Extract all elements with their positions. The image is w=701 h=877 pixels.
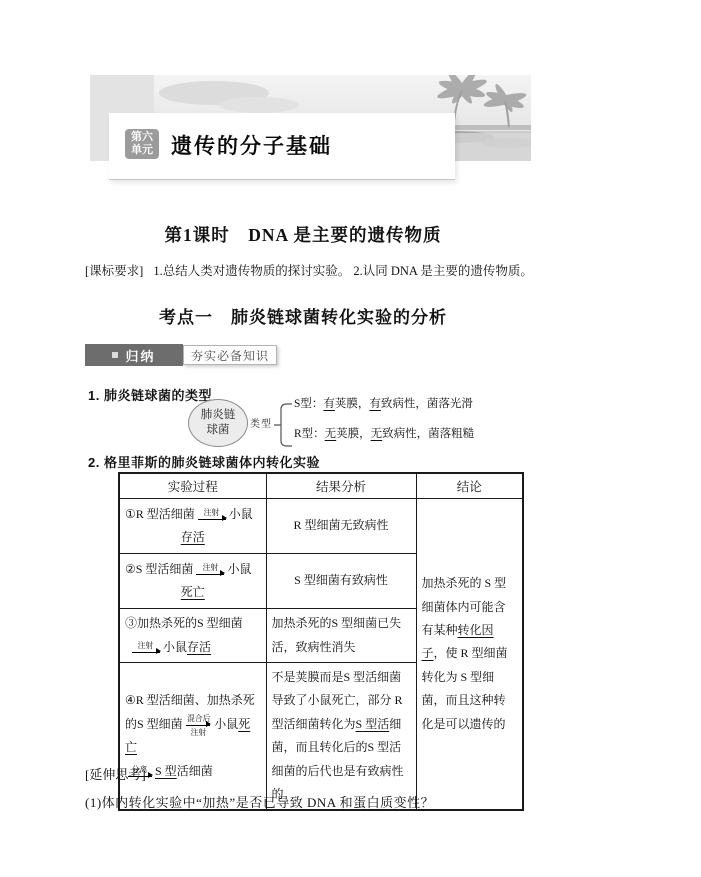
col-header-conclusion: 结论 <box>416 473 523 499</box>
table-row: ①R 型活细菌注射小鼠 存活 R 型细菌无致病性 加热杀死的 S 型细菌体内可能… <box>119 499 523 554</box>
pneumococcus-type-diagram: 肺炎链 球菌 类型 S型：有荚膜，有致病性，菌落光滑 R型：无荚膜，无致病性，菌… <box>188 394 528 456</box>
row2-outcome: 死亡 <box>181 585 205 599</box>
unit-badge-line1: 第六 <box>131 131 153 144</box>
row3-outcome: 存活 <box>187 640 211 654</box>
process-cell-2: ②S 型活细菌注射小鼠 死亡 <box>119 554 266 609</box>
row4-stype-rest: 活细菌 <box>177 764 213 778</box>
square-bullet-icon <box>112 352 118 358</box>
extended-thinking-label: [延伸思考] <box>85 764 146 783</box>
col-header-result: 结果分析 <box>266 473 416 499</box>
banner-title-card: 第六 单元 遗传的分子基础 <box>109 113 455 180</box>
tab-hangshi: 夯实必备知识 <box>183 345 277 365</box>
row2-mouse: 小鼠 <box>227 562 251 576</box>
arrow-label: 注射 <box>203 563 219 571</box>
injection-arrow-icon: 注射 <box>198 508 226 522</box>
process-cell-4: ④R 型活细菌、加热杀死的S 型细菌混合后注射小鼠死亡 分离S 型活细菌 <box>119 663 266 811</box>
requirements-text: 1.总结人类对遗传物质的探讨实验。 2.认同 DNA 是主要的遗传物质。 <box>153 264 533 278</box>
branch-label: 类型 <box>250 415 272 430</box>
tab-guina: 归纳 <box>85 344 183 366</box>
arrow-label: 注射 <box>204 508 220 516</box>
r-underline2: 无 <box>371 428 383 440</box>
curriculum-requirements: [课标要求]1.总结人类对遗传物质的探讨实验。 2.认同 DNA 是主要的遗传物… <box>85 261 535 279</box>
conclusion-post: ，使 R 型细菌转化为 S 型细菌，而且这种转化是可以遗传的 <box>422 646 508 730</box>
conclusion-cell: 加热杀死的 S 型细菌体内可能含有某种转化因子，使 R 型细菌转化为 S 型细菌… <box>416 499 523 811</box>
oval-line2: 球菌 <box>207 423 230 438</box>
row3-mouse: 小鼠 <box>163 640 187 654</box>
requirements-label: [课标要求] <box>85 264 143 278</box>
result-cell-1: R 型细菌无致病性 <box>266 499 416 554</box>
s-text1: 荚膜， <box>335 398 370 410</box>
s-underline1: 有 <box>323 398 335 410</box>
injection-arrow-icon: 注射 <box>196 563 224 577</box>
result-cell-2: S 型细菌有致病性 <box>266 554 416 609</box>
r-underline1: 无 <box>325 428 337 440</box>
unit-title: 遗传的分子基础 <box>171 130 332 160</box>
oval-line1: 肺炎链 <box>201 408 236 423</box>
question-1: (1)体内转化实验中“加热”是否已导致 DNA 和蛋白质变性？ <box>85 792 434 811</box>
keypoint-title: 考点一 肺炎链球菌转化实验的分析 <box>85 303 521 328</box>
row1-text: ①R 型活细菌 <box>125 507 195 521</box>
unit-badge: 第六 单元 <box>125 129 159 159</box>
row4-stype-underline: S 型 <box>155 764 177 778</box>
textbook-page: 第六 单元 遗传的分子基础 第1课时 DNA 是主要的遗传物质 [课标要求]1.… <box>0 0 701 877</box>
row4-mouse: 小鼠 <box>214 717 238 731</box>
knowledge-tab-bar: 归纳 夯实必备知识 <box>85 344 277 366</box>
col-header-process: 实验过程 <box>119 473 266 499</box>
s-type-line: S型：有荚膜，有致病性，菌落光滑 <box>294 395 473 411</box>
tab-hangshi-label: 夯实必备知识 <box>191 347 269 364</box>
row3-text: ③加热杀死的S 型细菌 <box>125 612 261 635</box>
process-cell-1: ①R 型活细菌注射小鼠 存活 <box>119 499 266 554</box>
s-underline2: 有 <box>369 398 381 410</box>
row2-text: ②S 型活细菌 <box>125 562 193 576</box>
tab-guina-label: 归纳 <box>125 346 155 365</box>
r-text1: 荚膜， <box>336 428 371 440</box>
row1-mouse: 小鼠 <box>229 507 253 521</box>
pneumococcus-oval: 肺炎链 球菌 <box>188 399 248 447</box>
unit-badge-line2: 单元 <box>131 144 153 157</box>
r-type-line: R型：无荚膜，无致病性，菌落粗糙 <box>294 425 474 441</box>
process-cell-3: ③加热杀死的S 型细菌 注射小鼠存活 <box>119 609 266 663</box>
r-prefix: R型： <box>294 428 325 440</box>
injection-arrow-icon: 注射 <box>132 641 160 655</box>
mix-inject-arrow-icon: 混合后注射 <box>186 714 212 736</box>
r-text2: 致病性，菌落粗糙 <box>382 428 474 440</box>
s-prefix: S型： <box>294 398 323 410</box>
table-header-row: 实验过程 结果分析 结论 <box>119 473 523 499</box>
s-text2: 致病性，菌落光滑 <box>381 398 473 410</box>
arrow-label: 注射 <box>138 641 154 649</box>
griffith-experiment-table: 实验过程 结果分析 结论 ①R 型活细菌注射小鼠 存活 R 型细菌无致病性 加热… <box>118 472 524 811</box>
section2-heading: 2. 格里菲斯的肺炎链球菌体内转化实验 <box>88 452 320 471</box>
brace-icon <box>274 400 292 450</box>
result-cell-4: 不是荚膜而是S 型活细菌导致了小鼠死亡，部分 R 型活细菌转化为S 型活细菌，而… <box>266 663 416 811</box>
row1-outcome: 存活 <box>181 530 205 544</box>
result-cell-3: 加热杀死的S 型细菌已失活，致病性消失 <box>266 609 416 663</box>
lesson-title: 第1课时 DNA 是主要的遗传物质 <box>85 222 521 247</box>
row4-result-underline: S 型活 <box>356 717 390 731</box>
arrow-label-bottom: 注射 <box>191 728 207 736</box>
